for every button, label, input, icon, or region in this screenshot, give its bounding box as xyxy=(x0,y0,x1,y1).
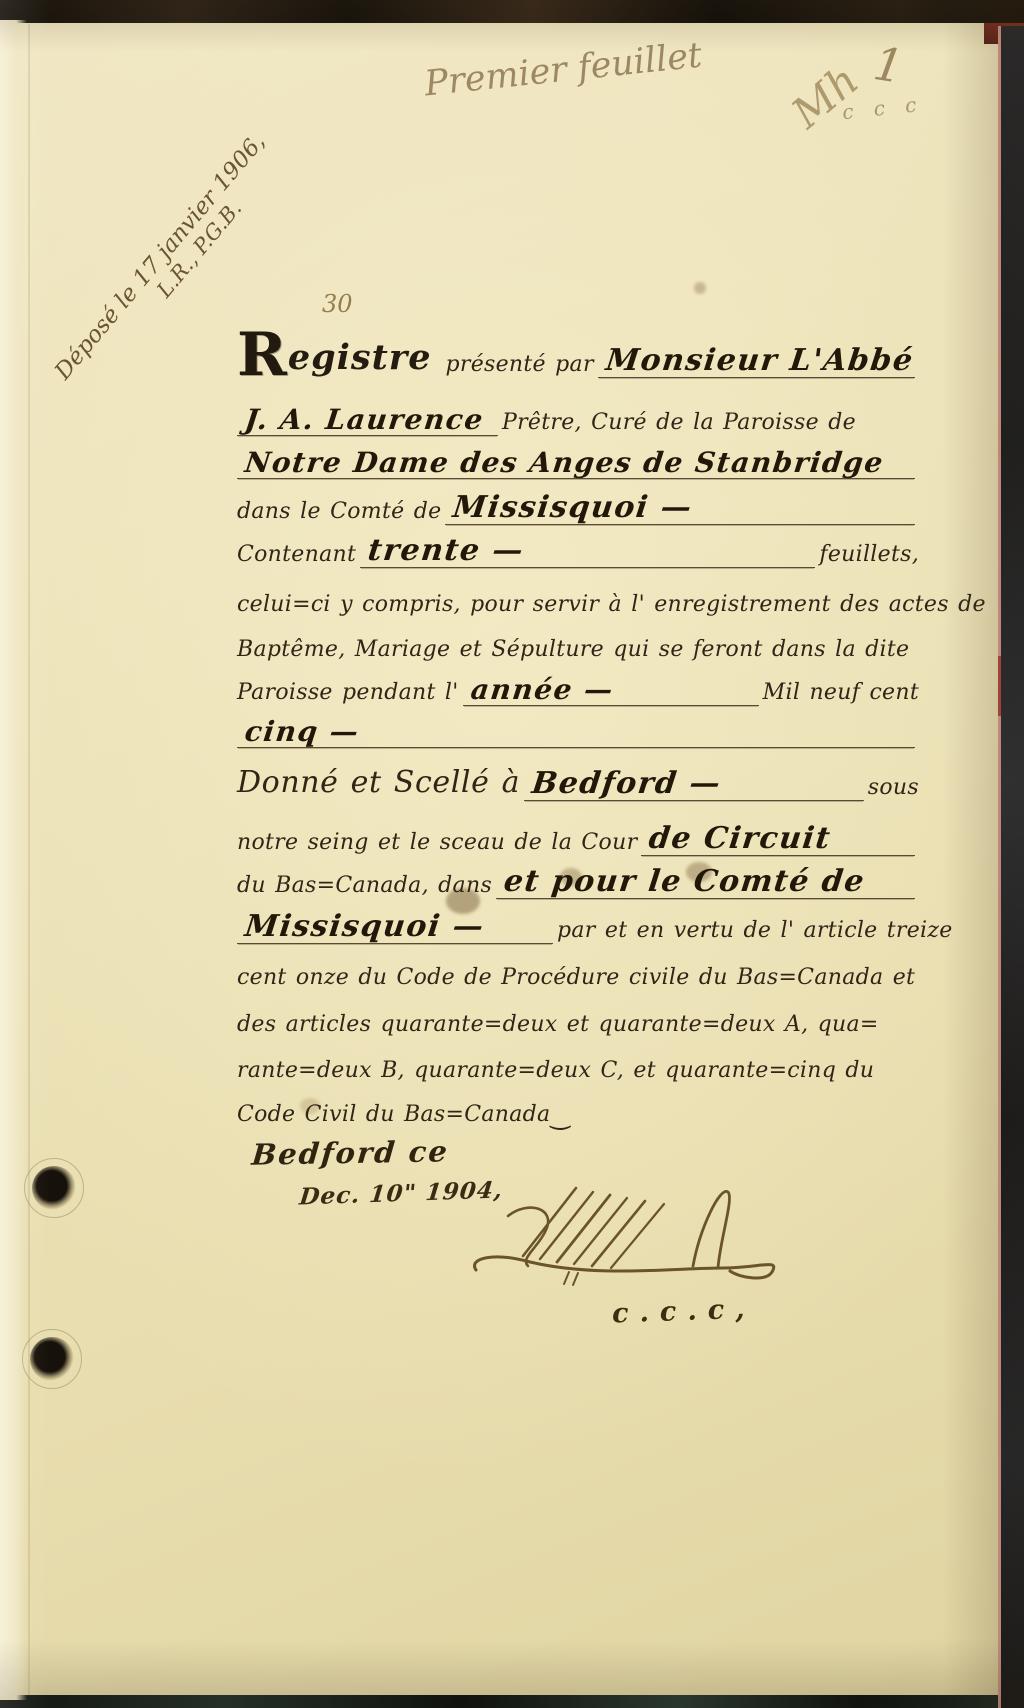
handwritten-county: Missisquoi — xyxy=(452,493,695,523)
printed-text: par et en vertu de l' article treize xyxy=(557,918,953,944)
folio-count-pencil: 30 xyxy=(322,290,353,318)
form-line-article3: des articles quarante=deux et quarante=d… xyxy=(237,1000,919,1038)
handwritten-for-county: et pour le Comté de xyxy=(502,867,867,897)
printed-text: notre seing et le sceau de la Cour xyxy=(237,830,637,856)
form-line-title: R egistre présenté par Monsieur L'Abbé xyxy=(237,328,919,378)
printed-text: rante=deux B, quarante=deux C, et quaran… xyxy=(237,1058,874,1084)
signature-flourish xyxy=(468,1178,798,1303)
printed-text: des articles quarante=deux et quarante=d… xyxy=(237,1012,879,1038)
form-line-article2: cent onze du Code de Procédure civile du… xyxy=(237,953,919,991)
form-line-year: Paroisse pendant l' année — Mil neuf cen… xyxy=(237,668,919,706)
printed-text: Mil neuf cent xyxy=(763,680,919,706)
binding-edge-bottom xyxy=(0,1695,1024,1708)
handwritten-year-word: année — xyxy=(469,676,615,704)
handwritten-county2: Missisquoi — xyxy=(243,912,486,942)
page-number: 1 xyxy=(870,36,907,94)
printed-text: Donné et Scellé à xyxy=(237,765,520,801)
form-line-county2: Missisquoi — par et en vertu de l' artic… xyxy=(237,906,919,944)
printed-text: celui=ci y compris, pour servir à l' enr… xyxy=(237,592,986,618)
decorative-initial: R xyxy=(237,333,287,378)
title-word: egistre xyxy=(288,337,432,378)
printed-text: du Bas=Canada, dans xyxy=(237,873,492,899)
premier-feuillet-note: Premier feuillet xyxy=(423,36,704,105)
scan-page: Déposé le 17 janvier 1906, L.R., P.G.B. … xyxy=(0,0,1024,1708)
form-line-acts: Baptême, Mariage et Sépulture qui se fer… xyxy=(237,625,919,663)
printed-text: sous xyxy=(868,775,919,801)
clerk-initials-scrawl: Mh xyxy=(782,55,867,138)
handwritten-presented-by: Monsieur L'Abbé xyxy=(604,346,915,376)
handwritten-place: Bedford — xyxy=(530,769,723,799)
handwritten-year-cinq: cinq — xyxy=(243,718,361,746)
printed-text: Prêtre, Curé de la Paroisse de xyxy=(502,410,856,436)
binding-edge-right xyxy=(998,26,1024,1708)
form-line-priest: J. A. Laurence Prêtre, Curé de la Parois… xyxy=(237,398,919,436)
page-crease xyxy=(28,24,30,1696)
form-line-containing: Contenant trente — feuillets, xyxy=(237,530,919,568)
form-line-including: celui=ci y compris, pour servir à l' enr… xyxy=(237,580,919,618)
printed-text: cent onze du Code de Procédure civile du… xyxy=(237,965,915,991)
form-line-parish: Notre Dame des Anges de Stanbridge xyxy=(237,441,919,479)
handwritten-parish-name: Notre Dame des Anges de Stanbridge xyxy=(243,449,885,477)
signature-ccc: c.c.c, xyxy=(612,1294,757,1330)
printed-text: feuillets, xyxy=(819,542,919,568)
form-line-year2: cinq — xyxy=(237,710,919,748)
printed-text: dans le Comté de xyxy=(237,499,441,525)
form-line-bas-canada: du Bas=Canada, dans et pour le Comté de xyxy=(237,861,919,899)
paper-stain xyxy=(694,282,706,294)
form-line-code-civil: Code Civil du Bas=Canada ‿ xyxy=(237,1090,919,1128)
form-line-county: dans le Comté de Missisquoi — xyxy=(237,487,919,525)
printed-text: présenté par xyxy=(446,352,594,378)
handwritten-court: de Circuit xyxy=(648,824,834,854)
binding-edge-top xyxy=(0,0,1024,23)
punch-hole-top xyxy=(28,1162,80,1214)
printed-text: Code Civil du Bas=Canada xyxy=(237,1102,550,1128)
form-line-given-sealed: Donné et Scellé à Bedford — sous xyxy=(237,755,919,801)
handwritten-priest-name: J. A. Laurence xyxy=(243,406,485,434)
dateline-place: Bedford ce xyxy=(250,1134,450,1171)
punch-hole-bottom xyxy=(26,1333,78,1385)
form-line-article4: rante=deux B, quarante=deux C, et quaran… xyxy=(237,1046,919,1084)
page-stack-left-edge xyxy=(0,20,27,1700)
form-line-court: notre seing et le sceau de la Cour de Ci… xyxy=(237,818,919,856)
flourish: ‿ xyxy=(550,1102,569,1130)
printed-text: Contenant xyxy=(237,542,356,568)
handwritten-folio-count: trente — xyxy=(366,536,526,566)
printed-text: Baptême, Mariage et Sépulture qui se fer… xyxy=(237,637,909,663)
printed-text: Paroisse pendant l' xyxy=(237,680,459,706)
